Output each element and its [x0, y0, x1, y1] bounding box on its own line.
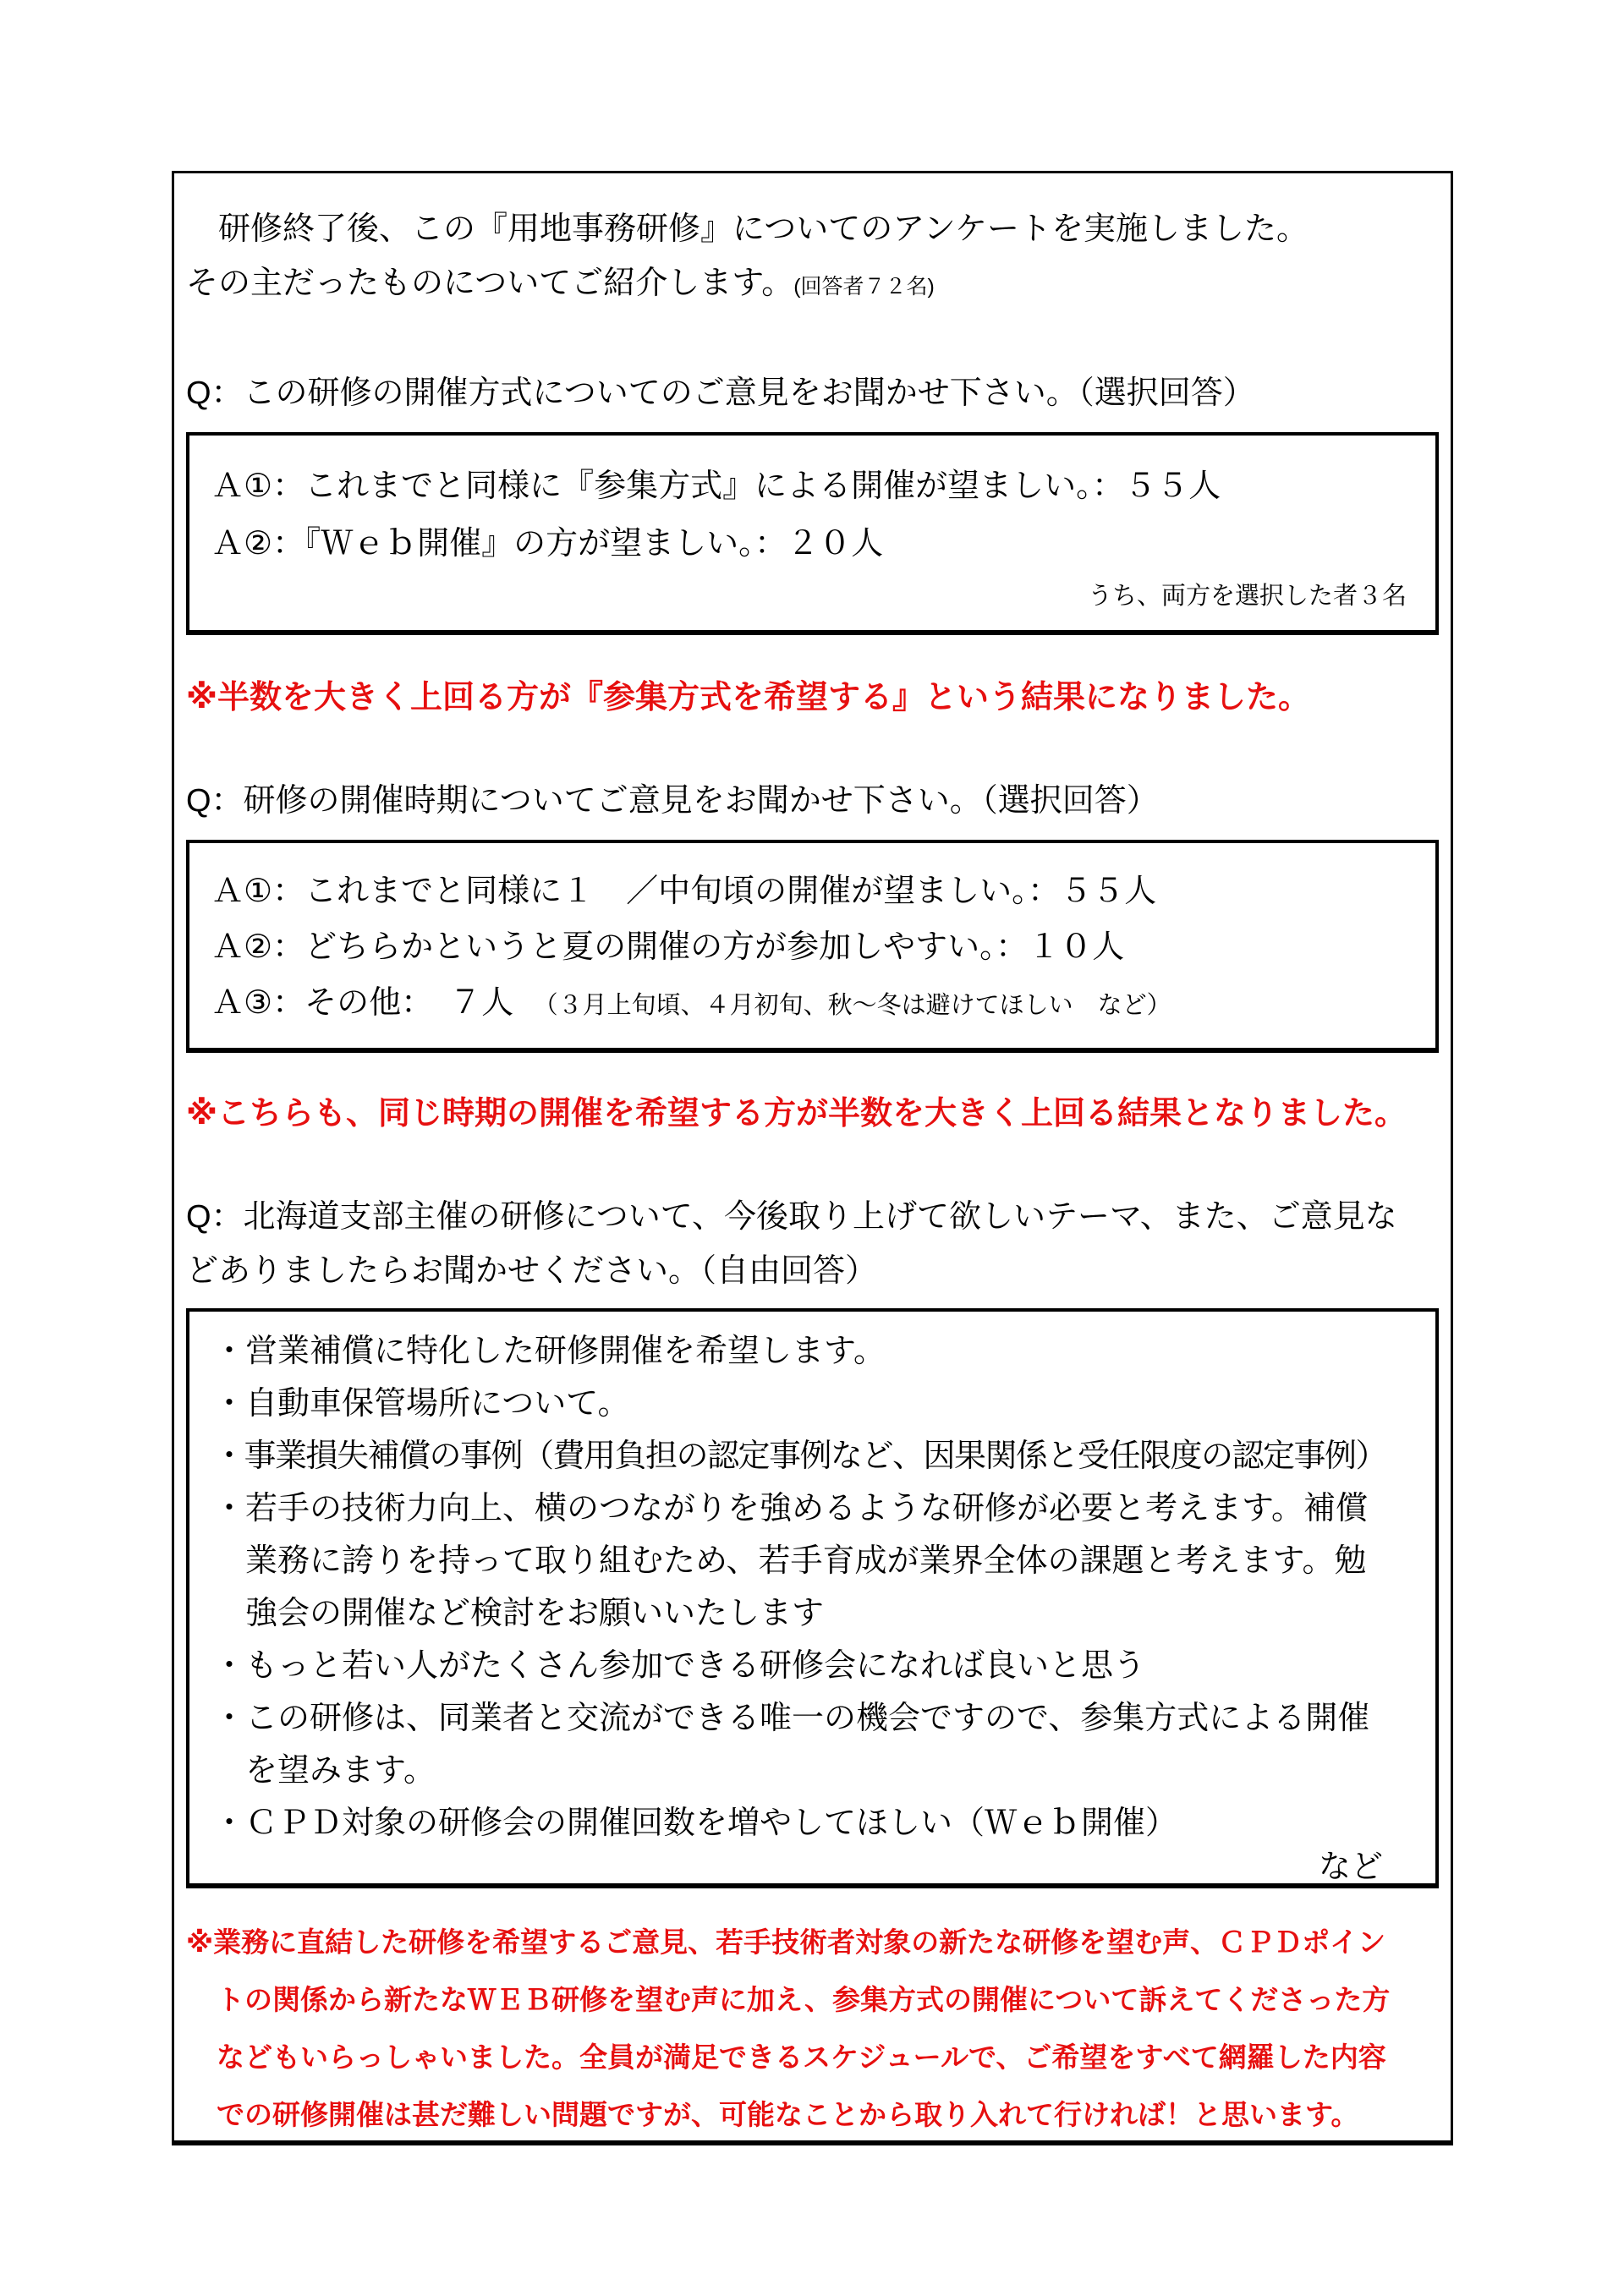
intro-line-2: その主だったものについてご紹介します。(回答者７２名) [186, 256, 1439, 314]
respondent-count-note: (回答者７２名) [793, 275, 935, 299]
answer2-option-3-note: （３月上旬頃、４月初旬、秋～冬は避けてほしい など） [546, 992, 1171, 1019]
answer2-option-3-text: Ａ③：その他： ７人 [211, 985, 546, 1021]
answer2-option-1: Ａ①：これまでと同様に１ ／中旬頃の開催が望ましい。：５５人 [211, 863, 1415, 919]
remark-1: ※半数を大きく上回る方が『参集方式を希望する』という結果になりました。 [186, 671, 1439, 725]
answer1-option-2: Ａ②：『Ｗｅｂ開催』の方が望ましい。：２０人 [211, 515, 1415, 573]
etc-note: など [213, 1849, 1395, 1885]
intro-line-2-text: その主だったものについてご紹介します。 [186, 266, 793, 301]
answer-box-3: ・営業補償に特化した研修開催を希望します。 ・自動車保管場所について。 ・事業損… [186, 1308, 1439, 1888]
remark-1-text: ※半数を大きく上回る方が『参集方式を希望する』という結果になりました。 [186, 680, 1310, 715]
answer2-option-3: Ａ③：その他： ７人 （３月上旬頃、４月初旬、秋～冬は避けてほしい など） [211, 975, 1415, 1033]
page: { "colors": { "background": "#ffffff", "… [0, 0, 1624, 2296]
opinion-item-6: ・この研修は、同業者と交流ができる唯一の機会ですので、参集方式による開催を望みま… [213, 1692, 1395, 1797]
intro-paragraph: 研修終了後、この『用地事務研修』についてのアンケートを実施しました。 その主だっ… [186, 202, 1439, 314]
remark-2: ※こちらも、同じ時期の開催を希望する方が半数を大きく上回る結果となりました。 [186, 1087, 1439, 1141]
opinion-item-1: ・営業補償に特化した研修開催を希望します。 [213, 1325, 1395, 1378]
remark-3-line-2: トの関係から新たなＷＥＢ研修を望む声に加え、参集方式の開催について訴えてくださっ… [186, 1971, 1439, 2029]
remark-3-line-4: での研修開催は甚だ難しい問題ですが、可能なことから取り入れて行ければ！と思います… [186, 2086, 1439, 2144]
remark-3: ※業務に直結した研修を希望するご意見、若手技術者対象の新たな研修を望む声、ＣＰＤ… [186, 1914, 1439, 2144]
opinion-item-5: ・もっと若い人がたくさん参加できる研修会になれば良いと思う [213, 1640, 1395, 1692]
question-1: Q：この研修の開催方式についてのご意見をお聞かせ下さい。（選択回答） [186, 366, 1439, 420]
both-selected-note: うち、両方を選択した者３名 [211, 581, 1415, 611]
opinion-item-2: ・自動車保管場所について。 [213, 1378, 1395, 1430]
question-1-text: Q：この研修の開催方式についてのご意見をお聞かせ下さい。（選択回答） [186, 366, 1439, 420]
question-3-line-1: Q：北海道支部主催の研修について、今後取り上げて欲しいテーマ、また、ご意見な [186, 1190, 1439, 1244]
intro-line-1: 研修終了後、この『用地事務研修』についてのアンケートを実施しました。 [186, 202, 1439, 256]
answer-box-1: Ａ①：これまでと同様に『参集方式』による開催が望ましい。：５５人 Ａ②：『Ｗｅｂ… [186, 432, 1439, 635]
question-3-line-2: どありましたらお聞かせください。（自由回答） [186, 1244, 1439, 1298]
answer1-option-1: Ａ①：これまでと同様に『参集方式』による開催が望ましい。：５５人 [211, 458, 1415, 515]
question-2-text: Q：研修の開催時期についてご意見をお聞かせ下さい。（選択回答） [186, 774, 1439, 828]
remark-3-line-1: ※業務に直結した研修を希望するご意見、若手技術者対象の新たな研修を望む声、ＣＰＤ… [186, 1914, 1439, 1971]
opinion-item-4: ・若手の技術力向上、横のつながりを強めるような研修が必要と考えます。補償業務に誇… [213, 1482, 1395, 1640]
question-3: Q：北海道支部主催の研修について、今後取り上げて欲しいテーマ、また、ご意見な ど… [186, 1190, 1439, 1298]
answer-box-2: Ａ①：これまでと同様に１ ／中旬頃の開催が望ましい。：５５人 Ａ②：どちらかとい… [186, 840, 1439, 1053]
opinion-item-3: ・事業損失補償の事例（費用負担の認定事例など、因果関係と受任限度の認定事例） [213, 1430, 1395, 1482]
answer2-option-2: Ａ②：どちらかというと夏の開催の方が参加しやすい。：１０人 [211, 919, 1415, 975]
question-2: Q：研修の開催時期についてご意見をお聞かせ下さい。（選択回答） [186, 774, 1439, 828]
opinion-item-7: ・ＣＰＤ対象の研修会の開催回数を増やしてほしい（Ｗｅｂ開催） [213, 1797, 1395, 1849]
intro-line-1-text: 研修終了後、この『用地事務研修』についてのアンケートを実施しました。 [186, 211, 1309, 247]
remark-3-line-3: などもいらっしゃいました。全員が満足できるスケジュールで、ご希望をすべて網羅した… [186, 2029, 1439, 2086]
remark-2-text: ※こちらも、同じ時期の開催を希望する方が半数を大きく上回る結果となりました。 [186, 1096, 1407, 1132]
document-frame: 研修終了後、この『用地事務研修』についてのアンケートを実施しました。 その主だっ… [172, 171, 1453, 2145]
